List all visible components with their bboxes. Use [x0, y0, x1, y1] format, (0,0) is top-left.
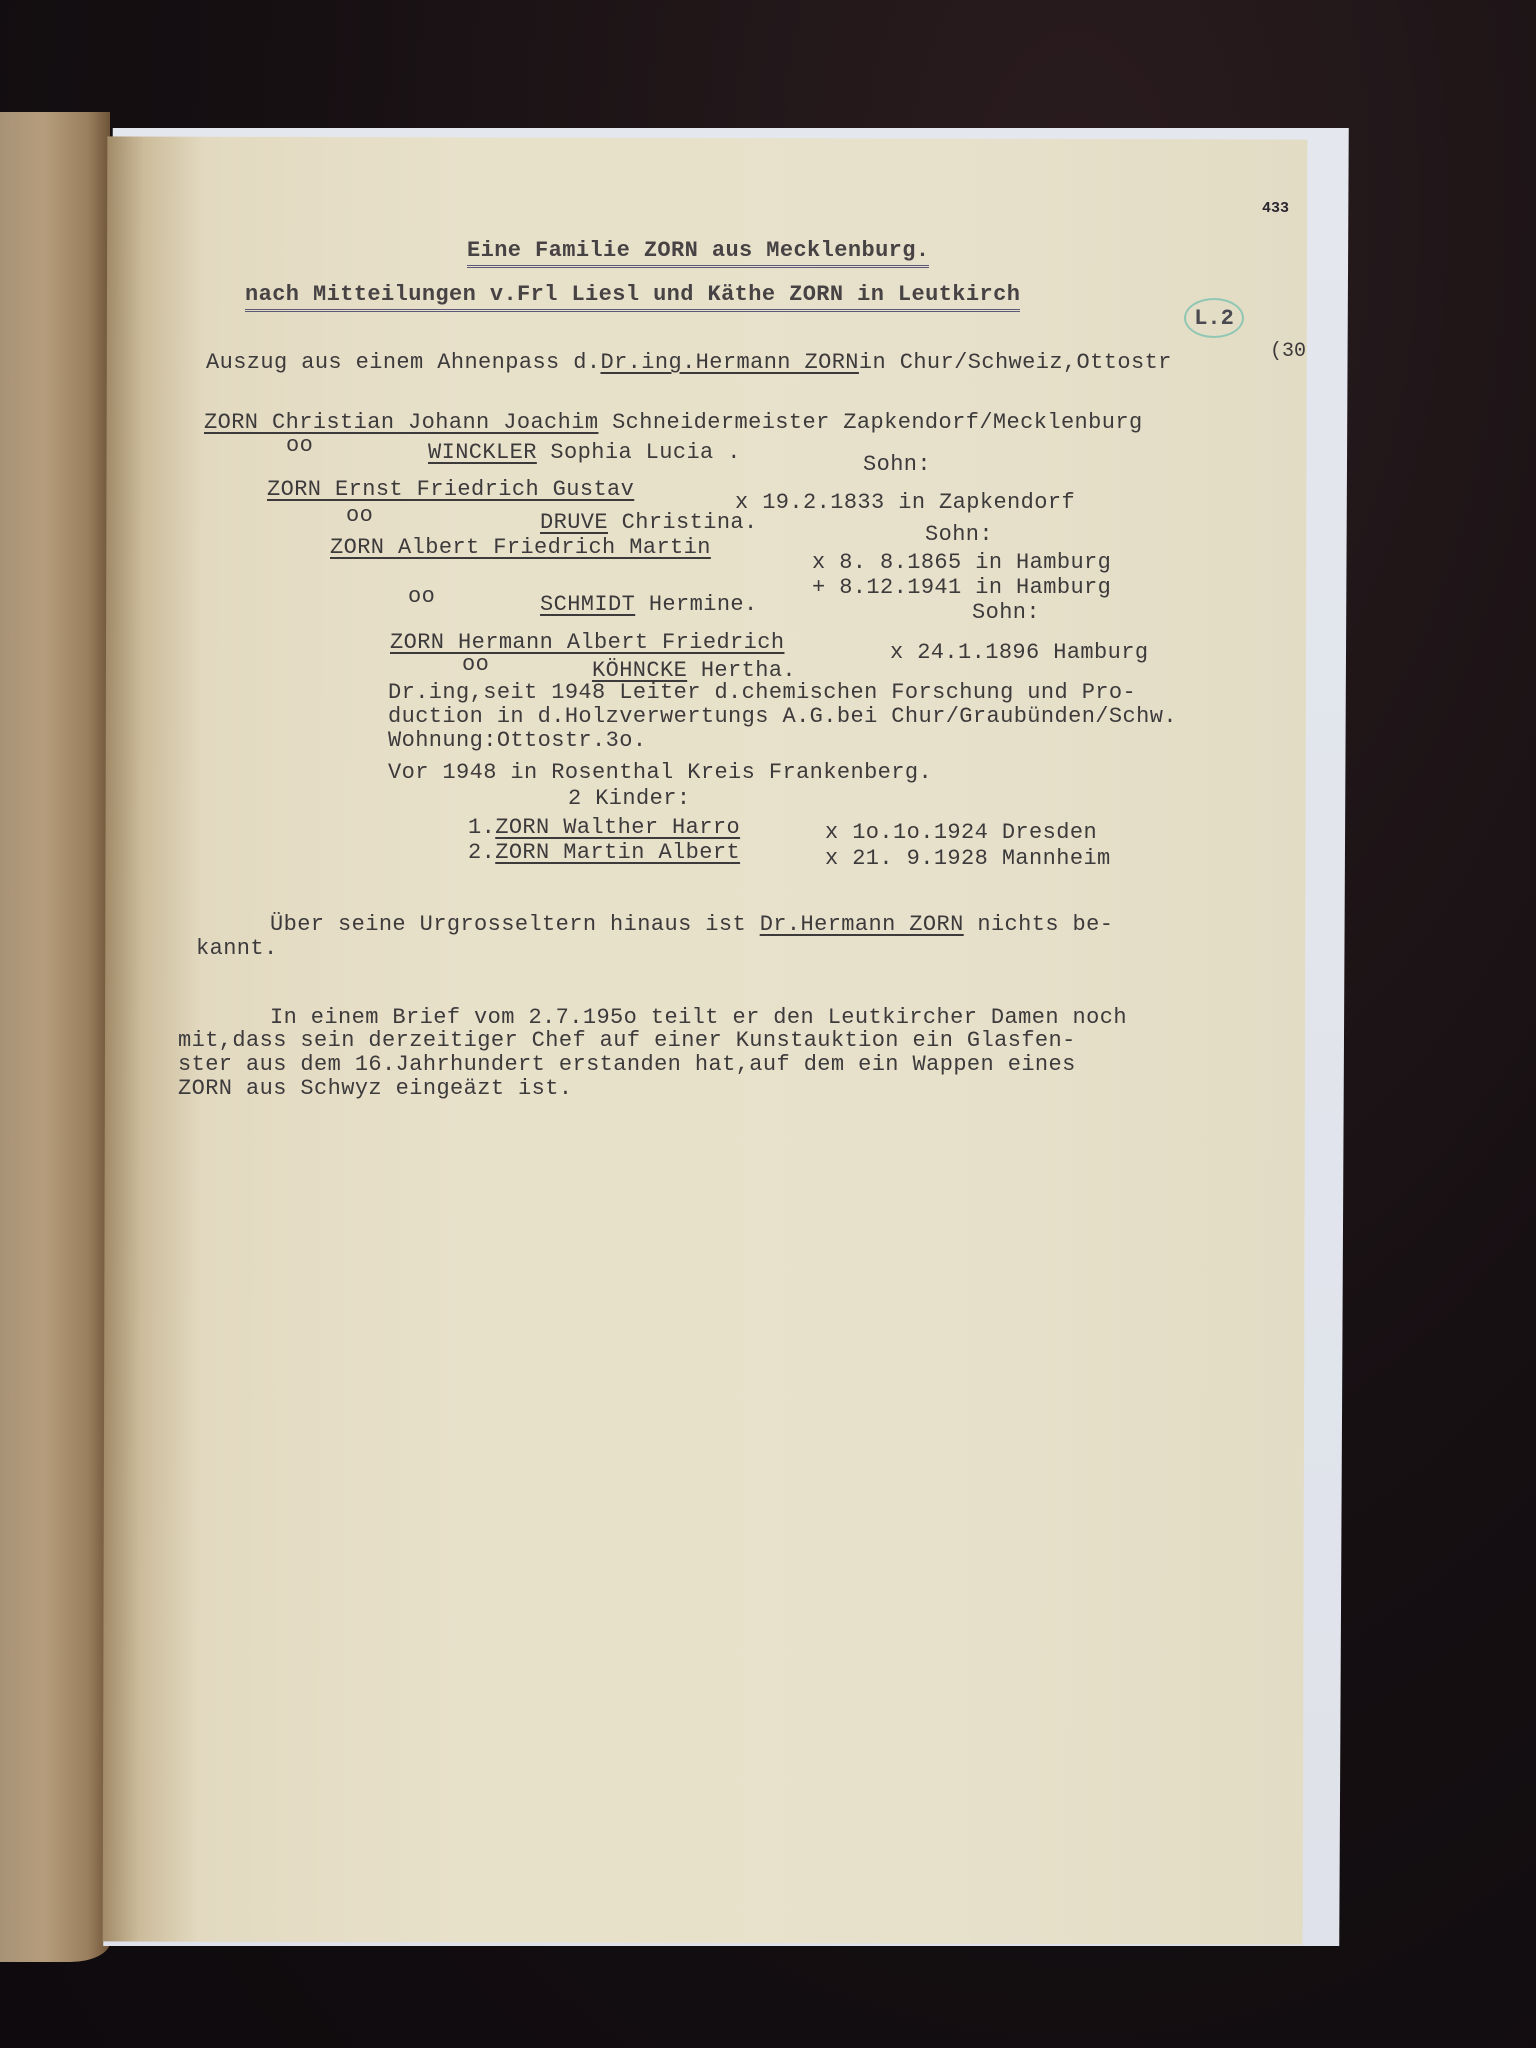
gen-person-1: ZORN Christian Johann Joachim Schneiderm…	[204, 410, 1143, 435]
gen-spouse-1: oo	[286, 433, 313, 458]
paragraph-2-line-1: In einem Brief vom 2.7.195o teilt er den…	[270, 1005, 1127, 1030]
child-2: 2.ZORN Martin Albert	[468, 840, 740, 865]
stamp-circle: L.2	[1184, 298, 1244, 338]
intro-name: Dr.ing.Hermann ZORN	[600, 350, 858, 375]
career-line-4: Vor 1948 in Rosenthal Kreis Frankenberg.	[388, 760, 932, 785]
left-book-page	[0, 112, 110, 1962]
gen-person-3: ZORN Albert Friedrich Martin	[330, 535, 711, 560]
intro-superscript: (30	[1270, 340, 1306, 363]
gen-person-3-detail: x 8. 8.1865 in Hamburg	[812, 550, 1111, 575]
paragraph-1-line-2: kannt.	[196, 936, 278, 961]
paragraph-1-line-1: Über seine Urgrosseltern hinaus ist Dr.H…	[270, 912, 1113, 937]
career-line-1: Dr.ing,seit 1948 Leiter d.chemischen For…	[388, 680, 1136, 705]
gen-person-4: ZORN Hermann Albert Friedrich	[390, 630, 784, 655]
child-1: 1.ZORN Walther Harro	[468, 815, 740, 840]
title-line-2: nach Mitteilungen v.Frl Liesl und Käthe …	[245, 282, 1020, 307]
career-line-2: duction in d.Holzverwertungs A.G.bei Chu…	[388, 704, 1177, 729]
title-line-1: Eine Familie ZORN aus Mecklenburg.	[467, 238, 929, 263]
gen-spouse-3-name: SCHMIDT Hermine.	[540, 592, 758, 617]
paragraph-2-line-3: ster aus dem 16.Jahrhundert erstanden ha…	[178, 1052, 1076, 1077]
career-line-3: Wohnung:Ottostr.3o.	[388, 728, 646, 753]
gen-relation-2: Sohn:	[925, 522, 993, 547]
gen-person-4-detail: x 24.1.1896 Hamburg	[890, 640, 1148, 665]
paragraph-2-line-2: mit,dass sein derzeitiger Chef auf einer…	[178, 1028, 1076, 1053]
gen-person-2-detail: x 19.2.1833 in Zapkendorf	[735, 490, 1075, 515]
child-1-detail: x 1o.1o.1924 Dresden	[825, 820, 1097, 845]
gen-person-3-death: + 8.12.1941 in Hamburg	[812, 575, 1111, 600]
gen-spouse-3: oo	[408, 584, 435, 609]
gen-spouse-1-name: WINCKLER Sophia Lucia .	[428, 440, 741, 465]
page-number: 433	[1262, 200, 1289, 217]
child-2-detail: x 21. 9.1928 Mannheim	[825, 846, 1111, 871]
gen-spouse-4: oo	[462, 652, 489, 677]
children-heading: 2 Kinder:	[568, 786, 690, 811]
gen-relation-1: Sohn:	[863, 452, 931, 477]
gen-spouse-2-name: DRUVE Christina.	[540, 510, 758, 535]
intro-line: Auszug aus einem Ahnenpass d.Dr.ing.Herm…	[206, 350, 1172, 375]
paragraph-2-line-4: ZORN aus Schwyz eingeäzt ist.	[178, 1076, 572, 1101]
gen-relation-3: Sohn:	[972, 600, 1040, 625]
gen-person-2: ZORN Ernst Friedrich Gustav	[267, 477, 634, 502]
gen-spouse-2: oo	[346, 503, 373, 528]
